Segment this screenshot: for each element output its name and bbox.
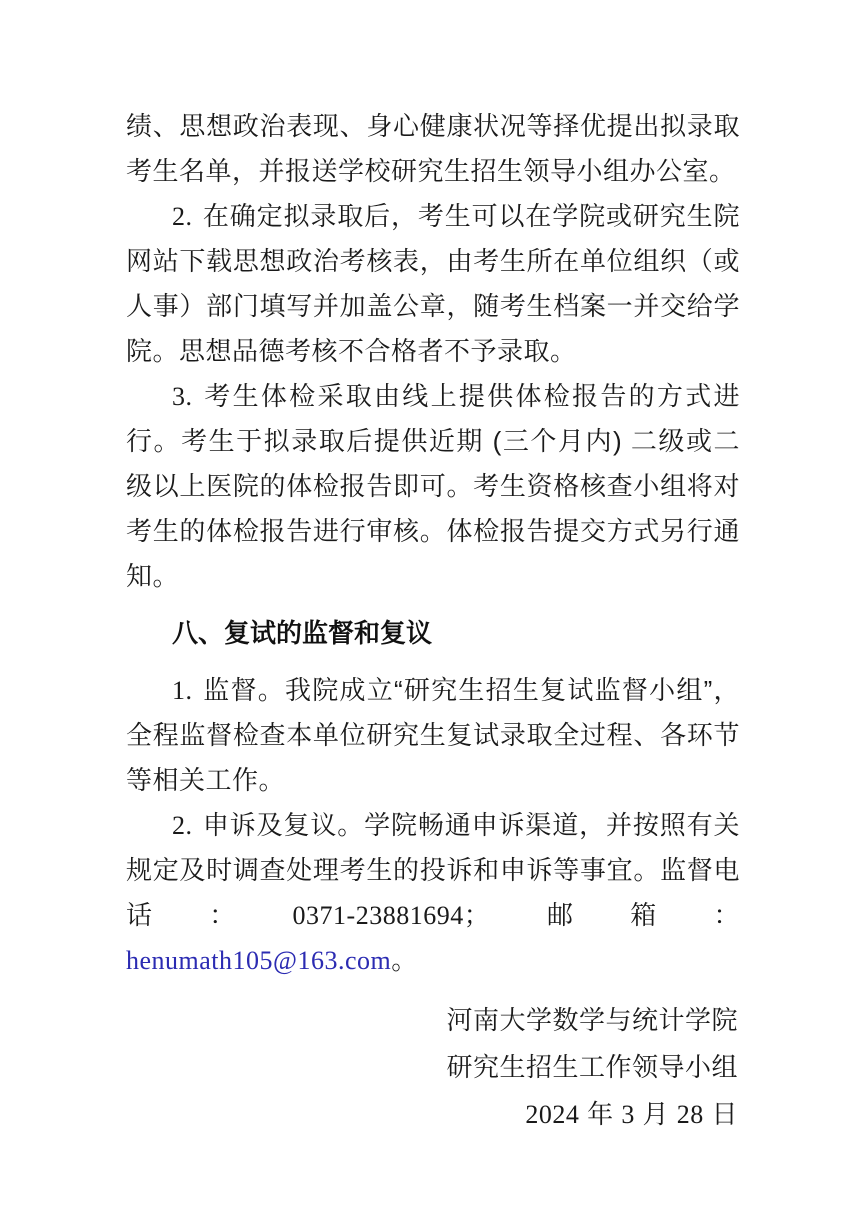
section-heading: 八、复试的监督和复议 <box>126 611 740 656</box>
paragraph-text: ；邮箱： <box>464 900 740 930</box>
paragraph-supervision: 1.监督。我院成立“研究生招生复试监督小组”，全程监督检查本单位研究生复试录取全… <box>126 668 740 803</box>
signature-date: 2024 年 3 月 28 日 <box>126 1091 738 1138</box>
paragraph-item-2: 2.在确定拟录取后，考生可以在学院或研究生院网站下载思想政治考核表，由考生所在单… <box>126 194 740 374</box>
document-page: 绩、思想政治表现、身心健康状况等择优提出拟录取考生名单，并报送学校研究生招生领导… <box>0 0 864 1222</box>
date-month: 3 <box>621 1100 635 1129</box>
paragraph-text: 监督。我院成立“研究生招生复试监督小组”，全程监督检查本单位研究生复试录取全过程… <box>126 675 740 795</box>
date-day: 28 <box>677 1100 704 1129</box>
signature-org-line2: 研究生招生工作领导小组 <box>126 1044 738 1091</box>
list-number: 1. <box>172 676 193 705</box>
paragraph-item-3: 3.考生体检采取由线上提供体检报告的方式进行。考生于拟录取后提供近期 (三个月内… <box>126 374 740 599</box>
date-year: 2024 <box>525 1100 579 1129</box>
date-month-label: 月 <box>635 1099 677 1129</box>
list-number: 2. <box>172 811 193 840</box>
paragraph-continuation: 绩、思想政治表现、身心健康状况等择优提出拟录取考生名单，并报送学校研究生招生领导… <box>126 104 740 194</box>
paragraph-text: 考生体检采取由线上提供体检报告的方式进行。考生于拟录取后提供近期 (三个月内) … <box>126 381 740 591</box>
email-link[interactable]: henumath105@163.com <box>126 946 391 975</box>
list-number: 2. <box>172 202 193 231</box>
date-year-label: 年 <box>579 1099 621 1129</box>
document-body: 绩、思想政治表现、身心健康状况等择优提出拟录取考生名单，并报送学校研究生招生领导… <box>126 104 740 1138</box>
signature-block: 河南大学数学与统计学院 研究生招生工作领导小组 2024 年 3 月 28 日 <box>126 997 740 1138</box>
signature-org-line1: 河南大学数学与统计学院 <box>126 997 738 1044</box>
paragraph-appeal: 2.申诉及复议。学院畅通申诉渠道，并按照有关规定及时调查处理考生的投诉和申诉等事… <box>126 803 740 983</box>
paragraph-text: 在确定拟录取后，考生可以在学院或研究生院网站下载思想政治考核表，由考生所在单位组… <box>126 201 740 366</box>
phone-number: 0371-23881694 <box>293 901 464 930</box>
list-number: 3. <box>172 382 193 411</box>
paragraph-text: 。 <box>391 945 418 975</box>
date-day-label: 日 <box>704 1099 738 1129</box>
